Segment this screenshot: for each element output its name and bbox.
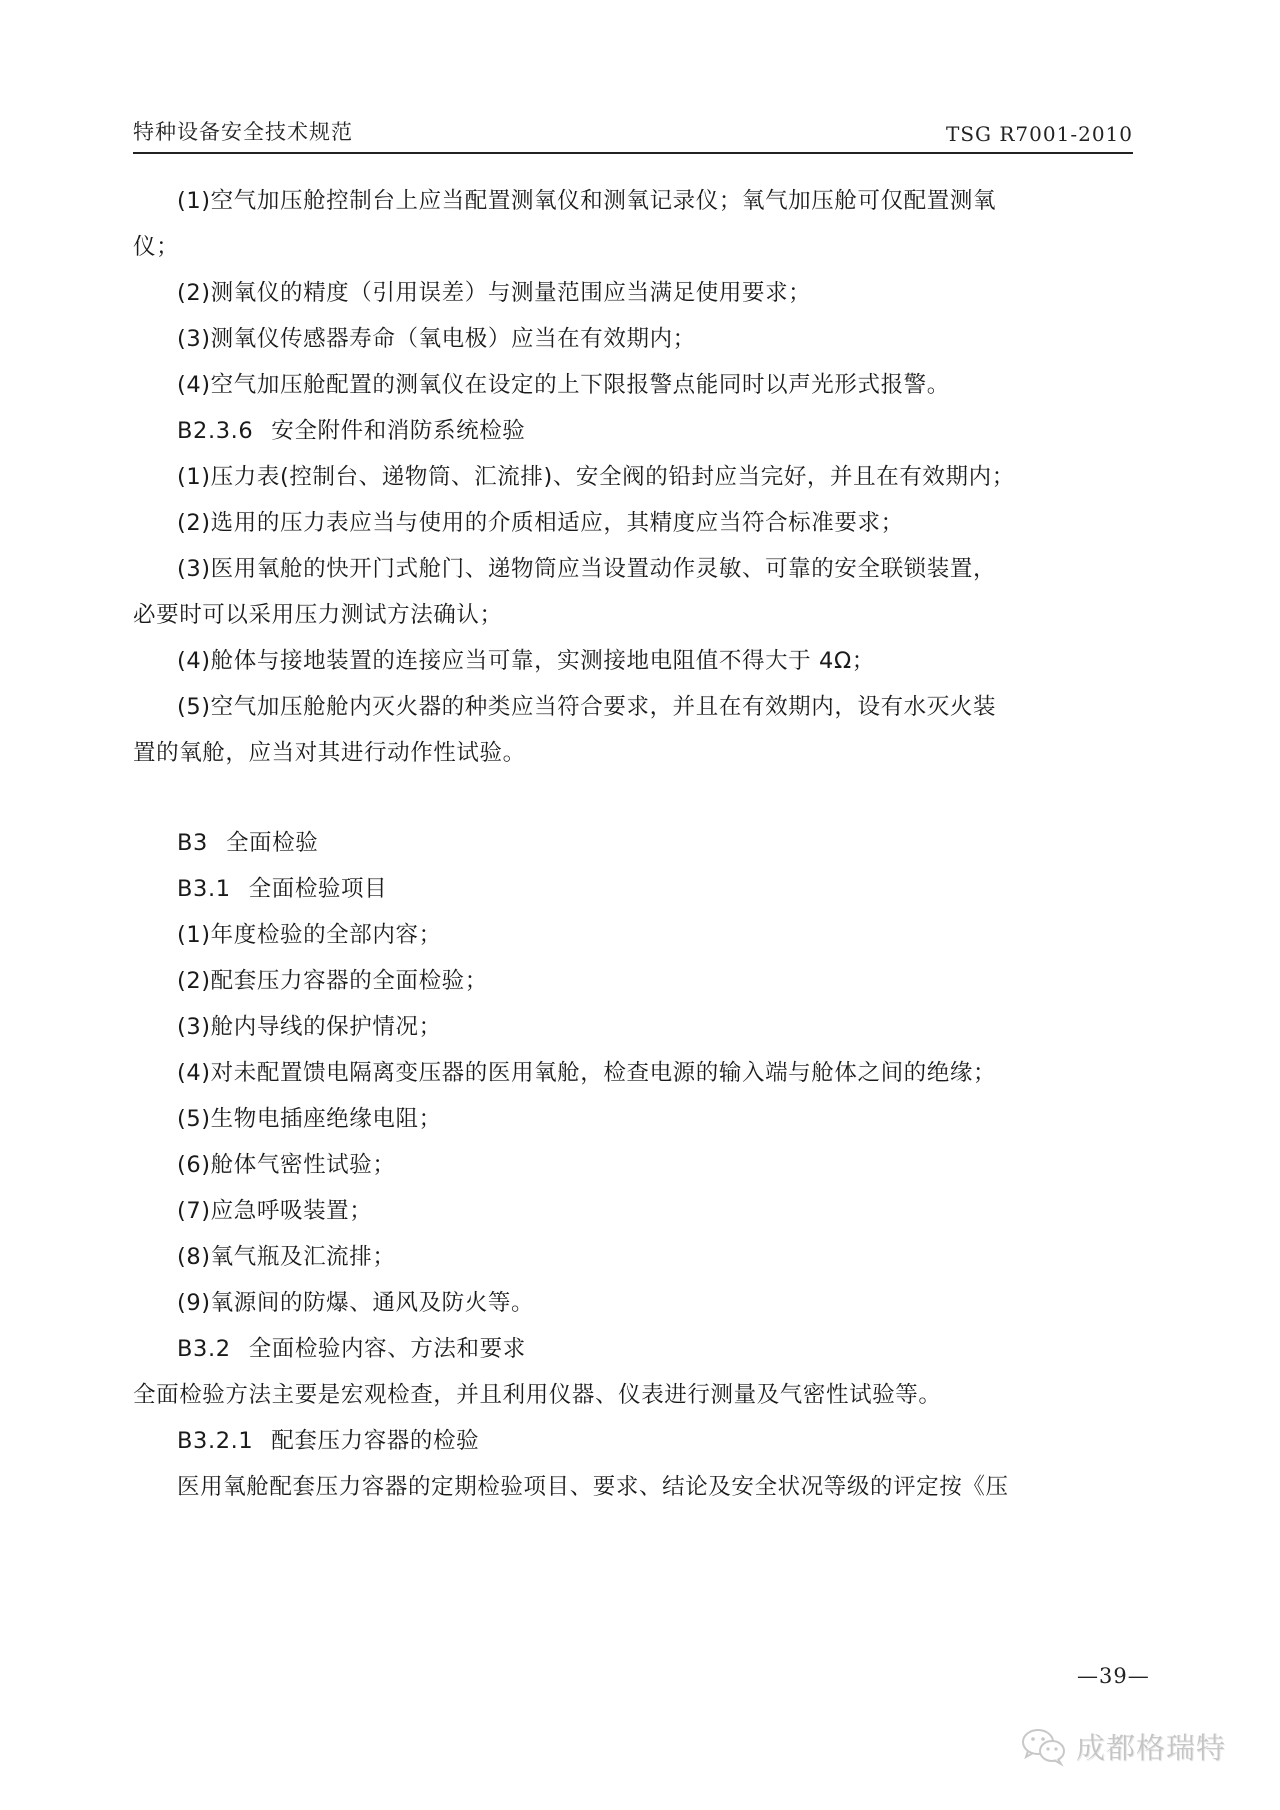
item-number: (1)	[177, 188, 211, 214]
item-text: 压力表(控制台、递物筒、汇流排)、安全阀的铅封应当完好，并且在有效期内；	[211, 464, 1015, 490]
list-item: (3)测氧仪传感器寿命（氧电极）应当在有效期内；	[133, 316, 1133, 362]
watermark-text: 成都格瑞特	[1076, 1726, 1226, 1767]
item-number: (6)	[177, 1152, 211, 1178]
list-item: (2)测氧仪的精度（引用误差）与测量范围应当满足使用要求；	[133, 270, 1133, 316]
item-number: (5)	[177, 1106, 211, 1132]
list-item-continuation: 置的氧舱，应当对其进行动作性试验。	[133, 730, 1133, 776]
item-text: 对未配置馈电隔离变压器的医用氧舱，检查电源的输入端与舱体之间的绝缘；	[211, 1060, 996, 1086]
item-number: (1)	[177, 464, 211, 490]
list-item: (1)空气加压舱控制台上应当配置测氧仪和测氧记录仪；氧气加压舱可仅配置测氧	[133, 178, 1133, 224]
section-title: 全面检验	[226, 830, 318, 856]
item-number: (1)	[177, 922, 211, 948]
item-number: (2)	[177, 968, 211, 994]
item-text: 空气加压舱控制台上应当配置测氧仪和测氧记录仪；氧气加压舱可仅配置测氧	[211, 188, 996, 214]
wechat-icon	[1020, 1727, 1068, 1767]
item-number: (2)	[177, 510, 211, 536]
item-number: (4)	[177, 372, 211, 398]
list-item: (7)应急呼吸装置；	[133, 1188, 1133, 1234]
paragraph-text: 医用氧舱配套压力容器的定期检验项目、要求、结论及安全状况等级的评定按《压	[177, 1474, 1009, 1500]
section-spacer	[133, 776, 1133, 820]
item-text: 生物电插座绝缘电阻；	[211, 1106, 442, 1132]
paragraph-text: 全面检验方法主要是宏观检查，并且利用仪器、仪表进行测量及气密性试验等。	[133, 1382, 942, 1408]
item-text: 必要时可以采用压力测试方法确认；	[133, 602, 503, 628]
section-heading-b236: B2.3.6安全附件和消防系统检验	[133, 408, 1133, 454]
section-title: 配套压力容器的检验	[271, 1428, 479, 1454]
header-standard-code: TSG R7001-2010	[946, 122, 1133, 146]
item-number: (5)	[177, 694, 211, 720]
list-item: (3)医用氧舱的快开门式舱门、递物筒应当设置动作灵敏、可靠的安全联锁装置，	[133, 546, 1133, 592]
section-title: 全面检验项目	[249, 876, 388, 902]
list-item: (4)舱体与接地装置的连接应当可靠，实测接地电阻值不得大于 4Ω；	[133, 638, 1133, 684]
paragraph: 全面检验方法主要是宏观检查，并且利用仪器、仪表进行测量及气密性试验等。	[133, 1372, 1133, 1418]
item-text: 舱体气密性试验；	[211, 1152, 396, 1178]
item-text: 空气加压舱配置的测氧仪在设定的上下限报警点能同时以声光形式报警。	[211, 372, 950, 398]
item-text: 测氧仪传感器寿命（氧电极）应当在有效期内；	[211, 326, 696, 352]
section-number: B3.2	[177, 1326, 231, 1372]
item-text: 年度检验的全部内容；	[211, 922, 442, 948]
list-item-continuation: 必要时可以采用压力测试方法确认；	[133, 592, 1133, 638]
item-number: (2)	[177, 280, 211, 306]
item-text: 氧气瓶及汇流排；	[211, 1244, 396, 1270]
page-number: —39—	[1077, 1664, 1150, 1688]
item-number: (4)	[177, 1060, 211, 1086]
list-item: (5)生物电插座绝缘电阻；	[133, 1096, 1133, 1142]
list-item: (4)对未配置馈电隔离变压器的医用氧舱，检查电源的输入端与舱体之间的绝缘；	[133, 1050, 1133, 1096]
section-heading-b3: B3全面检验	[133, 820, 1133, 866]
section-heading-b31: B3.1全面检验项目	[133, 866, 1133, 912]
item-text: 仪；	[133, 234, 179, 260]
item-text: 置的氧舱，应当对其进行动作性试验。	[133, 740, 526, 766]
item-number: (3)	[177, 556, 211, 582]
section-number: B3	[177, 820, 208, 866]
item-number: (7)	[177, 1198, 211, 1224]
section-title: 安全附件和消防系统检验	[271, 418, 525, 444]
list-item-continuation: 仪；	[133, 224, 1133, 270]
item-text: 选用的压力表应当与使用的介质相适应，其精度应当符合标准要求；	[211, 510, 904, 536]
list-item: (2)选用的压力表应当与使用的介质相适应，其精度应当符合标准要求；	[133, 500, 1133, 546]
item-number: (9)	[177, 1290, 211, 1316]
document-body: (1)空气加压舱控制台上应当配置测氧仪和测氧记录仪；氧气加压舱可仅配置测氧 仪；…	[133, 178, 1133, 1510]
list-item: (2)配套压力容器的全面检验；	[133, 958, 1133, 1004]
item-text: 配套压力容器的全面检验；	[211, 968, 488, 994]
item-text: 舱体与接地装置的连接应当可靠，实测接地电阻值不得大于 4Ω；	[211, 648, 875, 674]
list-item: (8)氧气瓶及汇流排；	[133, 1234, 1133, 1280]
section-number: B2.3.6	[177, 408, 253, 454]
item-number: (4)	[177, 648, 211, 674]
item-number: (3)	[177, 326, 211, 352]
list-item: (1)压力表(控制台、递物筒、汇流排)、安全阀的铅封应当完好，并且在有效期内；	[133, 454, 1133, 500]
list-item: (9)氧源间的防爆、通风及防火等。	[133, 1280, 1133, 1326]
item-text: 测氧仪的精度（引用误差）与测量范围应当满足使用要求；	[211, 280, 812, 306]
section-title: 全面检验内容、方法和要求	[249, 1336, 526, 1362]
section-heading-b321: B3.2.1配套压力容器的检验	[133, 1418, 1133, 1464]
list-item: (6)舱体气密性试验；	[133, 1142, 1133, 1188]
item-number: (3)	[177, 1014, 211, 1040]
item-text: 氧源间的防爆、通风及防火等。	[211, 1290, 534, 1316]
item-text: 空气加压舱舱内灭火器的种类应当符合要求，并且在有效期内，设有水灭火装	[211, 694, 996, 720]
item-text: 舱内导线的保护情况；	[211, 1014, 442, 1040]
list-item: (3)舱内导线的保护情况；	[133, 1004, 1133, 1050]
section-number: B3.2.1	[177, 1418, 253, 1464]
item-number: (8)	[177, 1244, 211, 1270]
section-number: B3.1	[177, 866, 231, 912]
page-header: 特种设备安全技术规范 TSG R7001-2010	[133, 118, 1133, 154]
list-item: (1)年度检验的全部内容；	[133, 912, 1133, 958]
paragraph: 医用氧舱配套压力容器的定期检验项目、要求、结论及安全状况等级的评定按《压	[133, 1464, 1133, 1510]
list-item: (4)空气加压舱配置的测氧仪在设定的上下限报警点能同时以声光形式报警。	[133, 362, 1133, 408]
section-heading-b32: B3.2全面检验内容、方法和要求	[133, 1326, 1133, 1372]
watermark: 成都格瑞特	[1020, 1726, 1226, 1767]
item-text: 应急呼吸装置；	[211, 1198, 373, 1224]
item-text: 医用氧舱的快开门式舱门、递物筒应当设置动作灵敏、可靠的安全联锁装置，	[211, 556, 996, 582]
list-item: (5)空气加压舱舱内灭火器的种类应当符合要求，并且在有效期内，设有水灭火装	[133, 684, 1133, 730]
header-document-title: 特种设备安全技术规范	[133, 116, 353, 146]
